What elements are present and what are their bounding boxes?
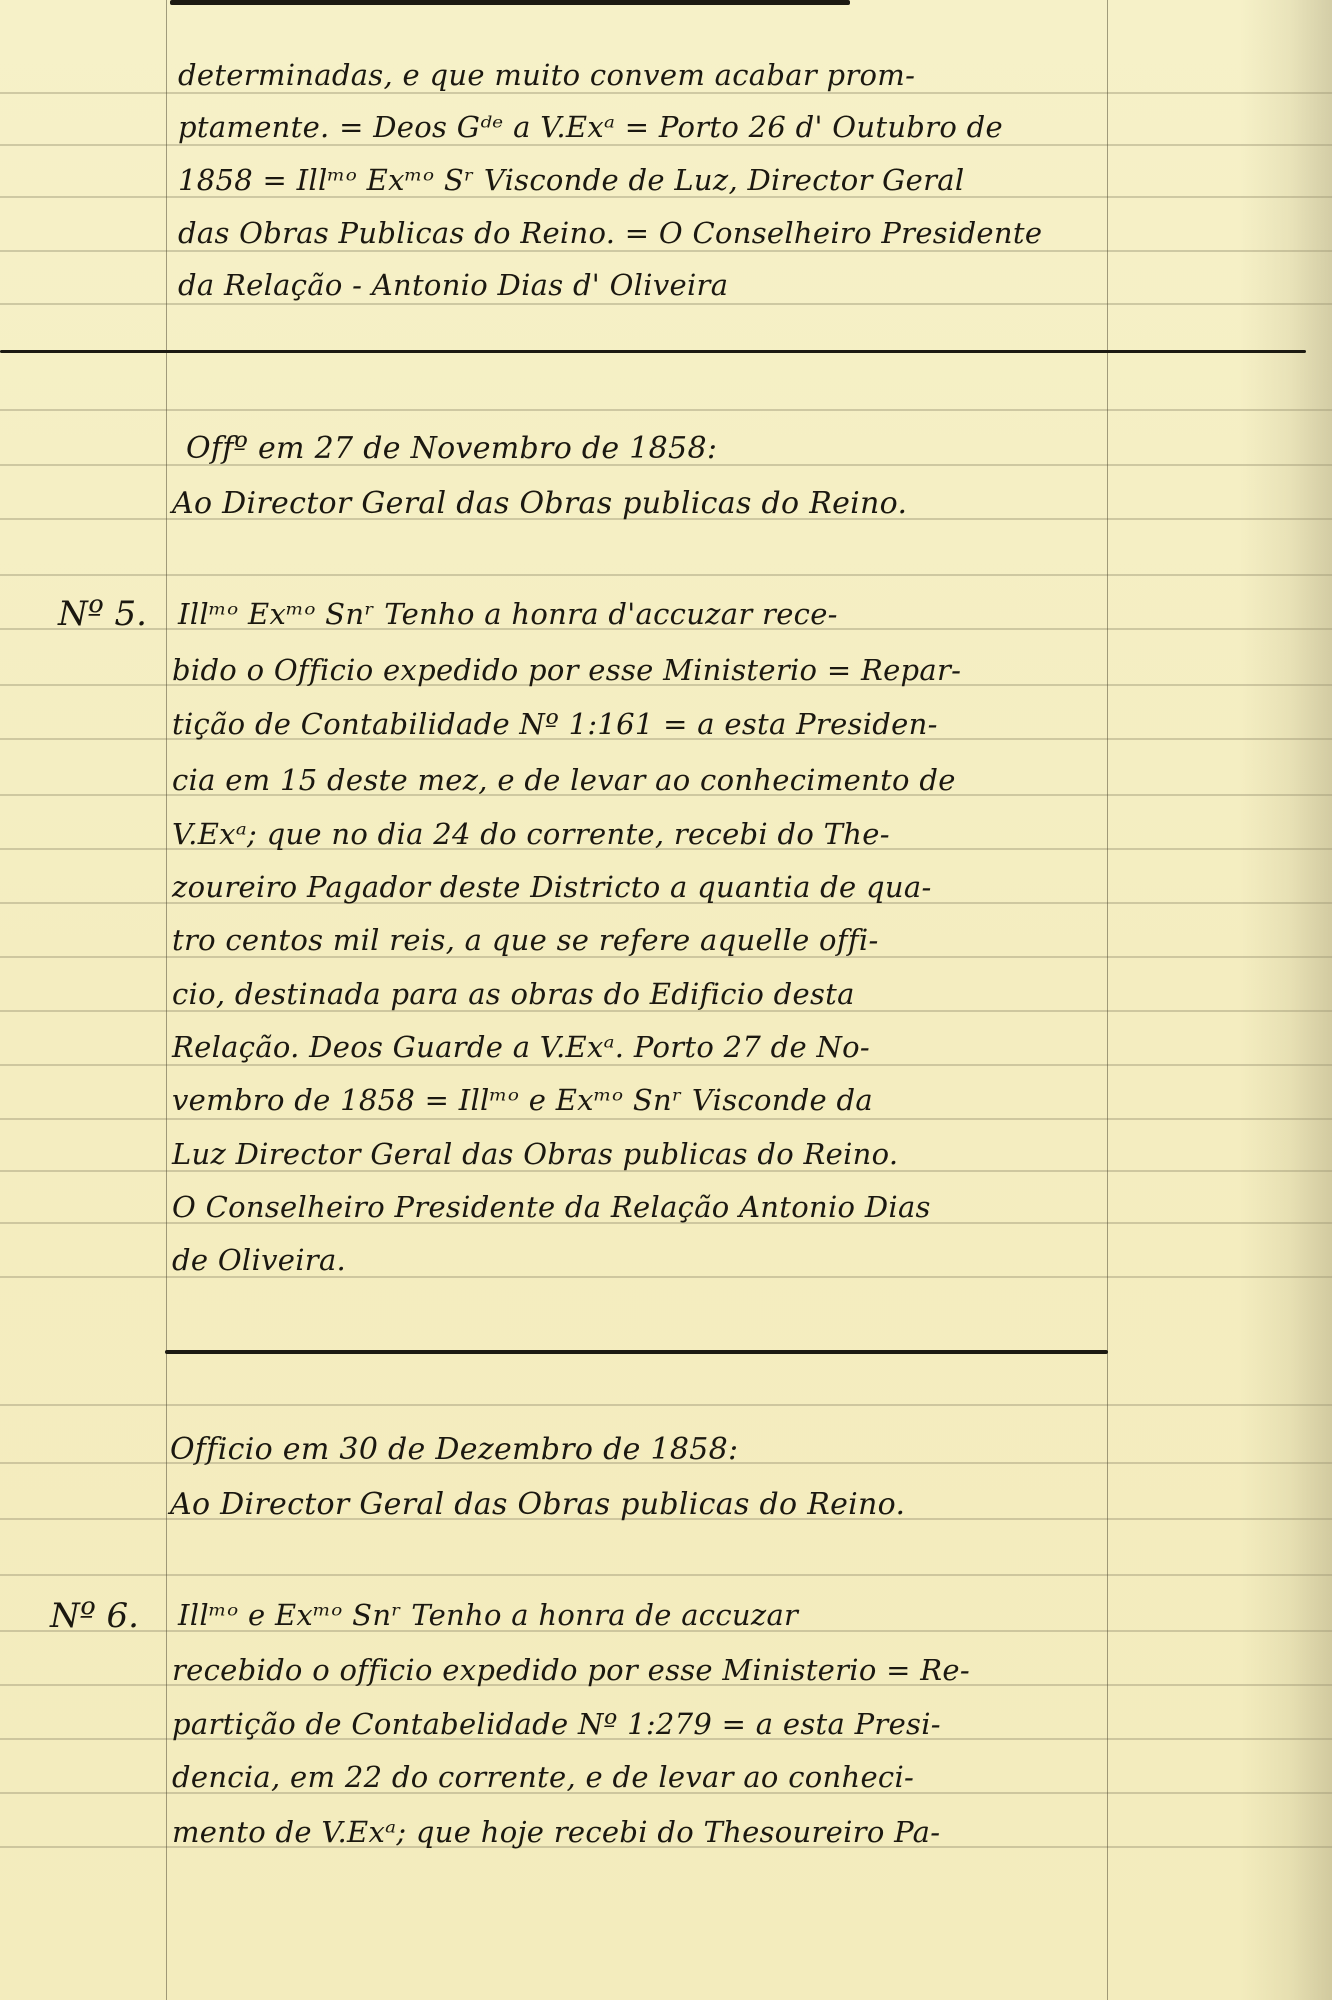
entry-number: Nº 6.	[50, 1598, 139, 1634]
ruled-line	[0, 250, 1332, 252]
entry-heading-date: Offº em 27 de Novembro de 1858:	[186, 432, 717, 466]
left-margin-line	[166, 0, 167, 2000]
ledger-page: determinadas, e que muito convem acabar …	[0, 0, 1332, 2000]
text-line: partição de Contabelidade Nº 1:279 = a e…	[172, 1707, 941, 1741]
ruled-line	[0, 144, 1332, 146]
text-line: zoureiro Pagador deste Districto a quant…	[172, 870, 932, 904]
entry-separator	[0, 350, 1306, 353]
ruled-line	[0, 1404, 1332, 1406]
ruled-line	[0, 1064, 1332, 1066]
text-line: vembro de 1858 = Illᵐᵒ e Exᵐᵒ Snʳ Viscon…	[172, 1083, 873, 1117]
text-line: de Oliveira.	[172, 1243, 346, 1277]
text-line: determinadas, e que muito convem acabar …	[178, 58, 915, 92]
entry-heading-date: Officio em 30 de Dezembro de 1858:	[170, 1433, 738, 1467]
entry-heading-recipient: Ao Director Geral das Obras publicas do …	[172, 487, 907, 521]
entry-number: Nº 5.	[58, 596, 147, 632]
text-line: recebido o officio expedido por esse Min…	[172, 1653, 970, 1687]
text-line: ptamente. = Deos Gᵈᵉ a V.Exᵃ = Porto 26 …	[178, 110, 1003, 144]
ruled-line	[0, 1118, 1332, 1120]
text-line: tição de Contabilidade Nº 1:161 = a esta…	[172, 707, 938, 741]
text-line: da Relação - Antonio Dias d' Oliveira	[178, 268, 728, 302]
text-line: 1858 = Illᵐᵒ Exᵐᵒ Sʳ Visconde de Luz, Di…	[178, 163, 964, 197]
text-line: cio, destinada para as obras do Edificio…	[172, 977, 855, 1011]
text-line: Illᵐᵒ e Exᵐᵒ Snʳ Tenho a honra de accuza…	[178, 1598, 798, 1632]
ruled-line	[0, 574, 1332, 576]
ruled-line	[0, 92, 1332, 94]
text-line: Illᵐᵒ Exᵐᵒ Snʳ Tenho a honra d'accuzar r…	[178, 597, 838, 631]
text-line: bido o Officio expedido por esse Ministe…	[172, 653, 961, 687]
ruled-line	[0, 409, 1332, 411]
entry-separator	[165, 1350, 1108, 1354]
text-line: cia em 15 deste mez, e de levar ao conhe…	[172, 763, 956, 797]
text-line: Luz Director Geral das Obras publicas do…	[172, 1137, 898, 1171]
text-line: dencia, em 22 do corrente, e de levar ao…	[172, 1760, 914, 1794]
text-line: tro centos mil reis, a que se refere aqu…	[172, 923, 879, 957]
right-margin-line	[1107, 0, 1108, 2000]
text-line: V.Exᵃ; que no dia 24 do corrente, recebi…	[172, 817, 890, 851]
text-line: Relação. Deos Guarde a V.Exᵃ. Porto 27 d…	[172, 1030, 870, 1064]
top-rule	[170, 0, 850, 5]
ruled-line	[0, 303, 1332, 305]
text-line: das Obras Publicas do Reino. = O Conselh…	[178, 216, 1042, 250]
ruled-line	[0, 1574, 1332, 1576]
entry-heading-recipient: Ao Director Geral das Obras publicas do …	[170, 1488, 905, 1522]
text-line: mento de V.Exᵃ; que hoje recebi do Theso…	[172, 1815, 940, 1849]
text-line: O Conselheiro Presidente da Relação Anto…	[172, 1190, 931, 1224]
